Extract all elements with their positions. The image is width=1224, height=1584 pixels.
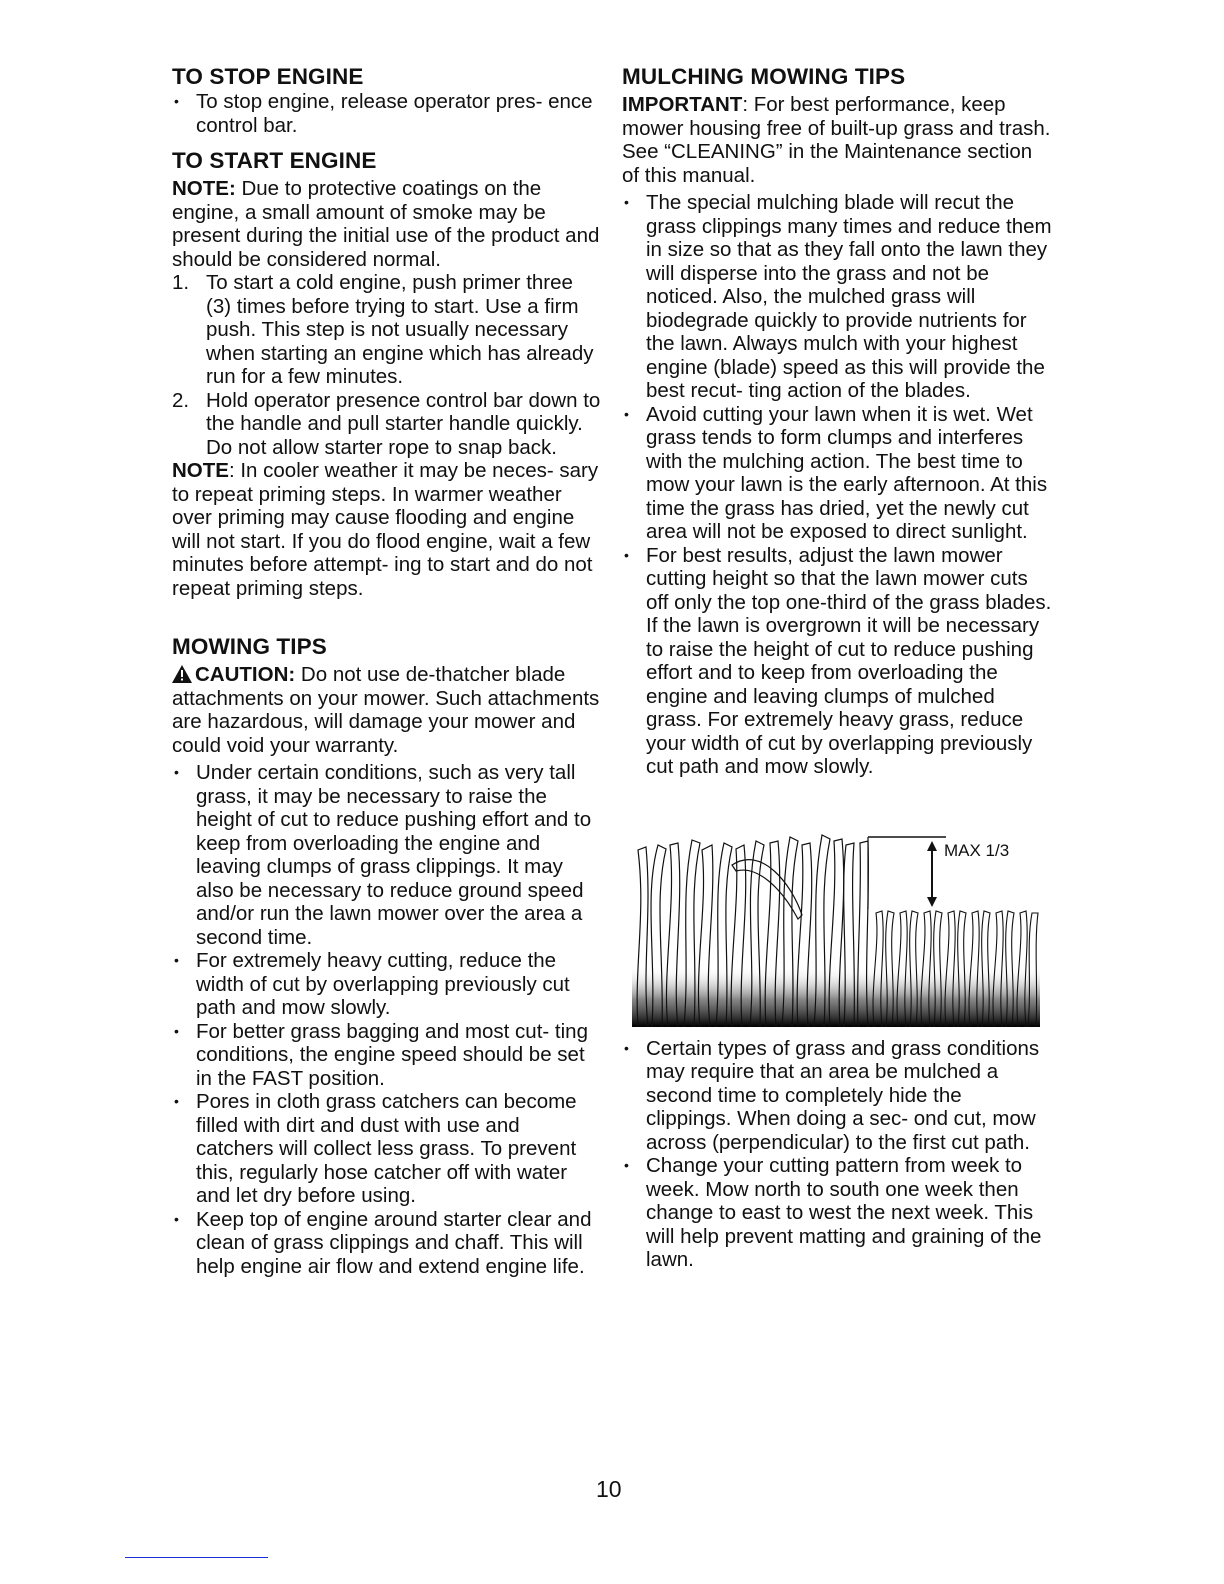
max-cut-label: MAX 1/3	[944, 841, 1009, 861]
page-number: 10	[596, 1476, 622, 1503]
list-item: Change your cutting pattern from week to…	[622, 1154, 1052, 1272]
important-label: IMPORTANT	[622, 93, 742, 116]
list-item: Certain types of grass and grass conditi…	[622, 1037, 1052, 1155]
mowing-tips-heading: MOWING TIPS	[172, 634, 602, 660]
stop-engine-heading: TO STOP ENGINE	[172, 64, 602, 90]
step-number: 1.	[172, 271, 189, 295]
note-label: NOTE	[172, 459, 229, 482]
note-text: : In cooler weather it may be neces- sar…	[172, 459, 598, 600]
note-paragraph: NOTE: In cooler weather it may be neces-…	[172, 459, 602, 600]
list-item: Under certain conditions, such as very t…	[172, 761, 602, 949]
list-item: Avoid cutting your lawn when it is wet. …	[622, 403, 1052, 544]
caution-label: CAUTION:	[195, 663, 295, 686]
list-item: To stop engine, release operator pres- e…	[172, 90, 602, 137]
footer-divider-line	[125, 1557, 268, 1558]
step-text: Hold operator presence control bar down …	[206, 389, 600, 459]
step-number: 2.	[172, 389, 189, 413]
list-item: For better grass bagging and most cut- t…	[172, 1020, 602, 1091]
warning-triangle-icon	[172, 665, 192, 683]
step-text: To start a cold engine, push primer thre…	[206, 271, 593, 388]
right-column: MULCHING MOWING TIPS IMPORTANT: For best…	[622, 64, 1052, 1272]
list-item: For best results, adjust the lawn mower …	[622, 544, 1052, 779]
list-item: Pores in cloth grass catchers can become…	[172, 1090, 602, 1208]
mulching-tips-heading: MULCHING MOWING TIPS	[622, 64, 1052, 90]
grass-illustration-icon	[632, 805, 1040, 1027]
note-text: Due to protective coatings on the engine…	[172, 177, 599, 271]
important-paragraph: IMPORTANT: For best performance, keep mo…	[622, 93, 1052, 187]
list-item: Keep top of engine around starter clear …	[172, 1208, 602, 1279]
mulching-tips-section: MULCHING MOWING TIPS IMPORTANT: For best…	[622, 64, 1052, 1272]
mowing-tips-section: MOWING TIPS CAUTION: Do not use de-thatc…	[172, 634, 602, 1278]
note-paragraph: NOTE: Due to protective coatings on the …	[172, 177, 602, 271]
note-label: NOTE:	[172, 177, 236, 200]
start-engine-heading: TO START ENGINE	[172, 148, 602, 174]
step-item: 2. Hold operator presence control bar do…	[172, 389, 602, 460]
list-item: The special mulching blade will recut th…	[622, 191, 1052, 403]
left-column: TO STOP ENGINE To stop engine, release o…	[172, 64, 602, 1278]
stop-engine-section: TO STOP ENGINE To stop engine, release o…	[172, 64, 602, 137]
list-item: For extremely heavy cutting, reduce the …	[172, 949, 602, 1020]
start-engine-section: TO START ENGINE NOTE: Due to protective …	[172, 148, 602, 600]
step-item: 1. To start a cold engine, push primer t…	[172, 271, 602, 389]
caution-paragraph: CAUTION: Do not use de-thatcher blade at…	[172, 663, 602, 757]
grass-cut-height-illustration: MAX 1/3	[632, 805, 1040, 1027]
